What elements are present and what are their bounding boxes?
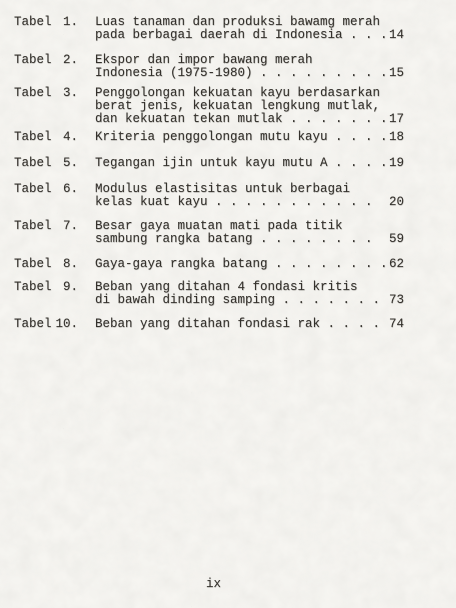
entry-page-number: 19 [389,157,404,170]
entry-title: Beban yang ditahan 4 fondasi kritisdi ba… [95,281,404,307]
toc-entry: Tabel1.Luas tanaman dan produksi bawamg … [14,16,404,42]
entry-title-line: pada berbagai daerah di Indonesia . . . [95,29,404,42]
entry-title: Besar gaya muatan mati pada titiksambung… [95,220,404,246]
entry-label: Tabel [14,131,54,144]
entry-page-number: 73 [389,294,404,307]
entry-label: Tabel [14,54,54,67]
toc-entry: Tabel7.Besar gaya muatan mati pada titik… [14,220,404,246]
toc-entry: Tabel8.Gaya-gaya rangka batang . . . . .… [14,258,404,271]
entry-title: Gaya-gaya rangka batang . . . . . . . . [95,258,404,271]
entry-number: 2. [54,54,78,67]
entry-page-number: 17 [389,113,404,126]
entry-title: Penggolongan kekuatan kayu berdasarkanbe… [95,87,404,126]
entry-label: Tabel [14,183,54,196]
entry-label: Tabel [14,318,54,331]
toc-entry: Tabel4.Kriteria penggolongan mutu kayu .… [14,131,404,144]
entry-title: Ekspor dan impor bawang merahIndonesia (… [95,54,404,80]
entry-page-number: 62 [389,258,404,271]
entry-number: 10. [54,318,78,331]
entry-label: Tabel [14,281,54,294]
entry-label: Tabel [14,87,54,100]
toc-entry: Tabel2.Ekspor dan impor bawang merahIndo… [14,54,404,80]
entry-title-line: sambung rangka batang . . . . . . . . [95,233,404,246]
entry-label: Tabel [14,258,54,271]
entry-title-line: Indonesia (1975-1980) . . . . . . . . . [95,67,404,80]
entry-page-number: 74 [389,318,404,331]
entry-number: 6. [54,183,78,196]
toc-list: Tabel1.Luas tanaman dan produksi bawamg … [0,0,456,608]
entry-number: 7. [54,220,78,233]
entry-title-line: Tegangan ijin untuk kayu mutu A . . . . [95,157,404,170]
entry-number: 9. [54,281,78,294]
toc-entry: Tabel6.Modulus elastisitas untuk berbaga… [14,183,404,209]
entry-title-line: di bawah dinding samping . . . . . . . [95,294,404,307]
toc-entry: Tabel5.Tegangan ijin untuk kayu mutu A .… [14,157,404,170]
entry-number: 5. [54,157,78,170]
entry-title: Luas tanaman dan produksi bawamg merahpa… [95,16,404,42]
entry-label: Tabel [14,157,54,170]
entry-number: 3. [54,87,78,100]
toc-entry: Tabel3.Penggolongan kekuatan kayu berdas… [14,87,404,126]
toc-entry: Tabel9.Beban yang ditahan 4 fondasi krit… [14,281,404,307]
entry-number: 8. [54,258,78,271]
entry-page-number: 15 [389,67,404,80]
entry-label: Tabel [14,16,54,29]
entry-title-line: Gaya-gaya rangka batang . . . . . . . . [95,258,404,271]
page-number-footer: ix [206,578,221,591]
entry-title-line: kelas kuat kayu . . . . . . . . . . . [95,196,404,209]
entry-number: 4. [54,131,78,144]
entry-title: Modulus elastisitas untuk berbagaikelas … [95,183,404,209]
entry-title: Beban yang ditahan fondasi rak . . . . [95,318,404,331]
entry-title: Kriteria penggolongan mutu kayu . . . . [95,131,404,144]
entry-page-number: 20 [389,196,404,209]
entry-title-line: Kriteria penggolongan mutu kayu . . . . [95,131,404,144]
entry-page-number: 59 [389,233,404,246]
entry-title-line: Beban yang ditahan fondasi rak . . . . [95,318,404,331]
entry-title: Tegangan ijin untuk kayu mutu A . . . . [95,157,404,170]
toc-entry: Tabel10.Beban yang ditahan fondasi rak .… [14,318,404,331]
entry-number: 1. [54,16,78,29]
entry-title-line: dan kekuatan tekan mutlak . . . . . . . [95,113,404,126]
entry-label: Tabel [14,220,54,233]
entry-page-number: 14 [389,29,404,42]
scanned-document-page: halaman Tabel1.Luas tanaman dan produksi… [0,0,456,608]
entry-page-number: 18 [389,131,404,144]
